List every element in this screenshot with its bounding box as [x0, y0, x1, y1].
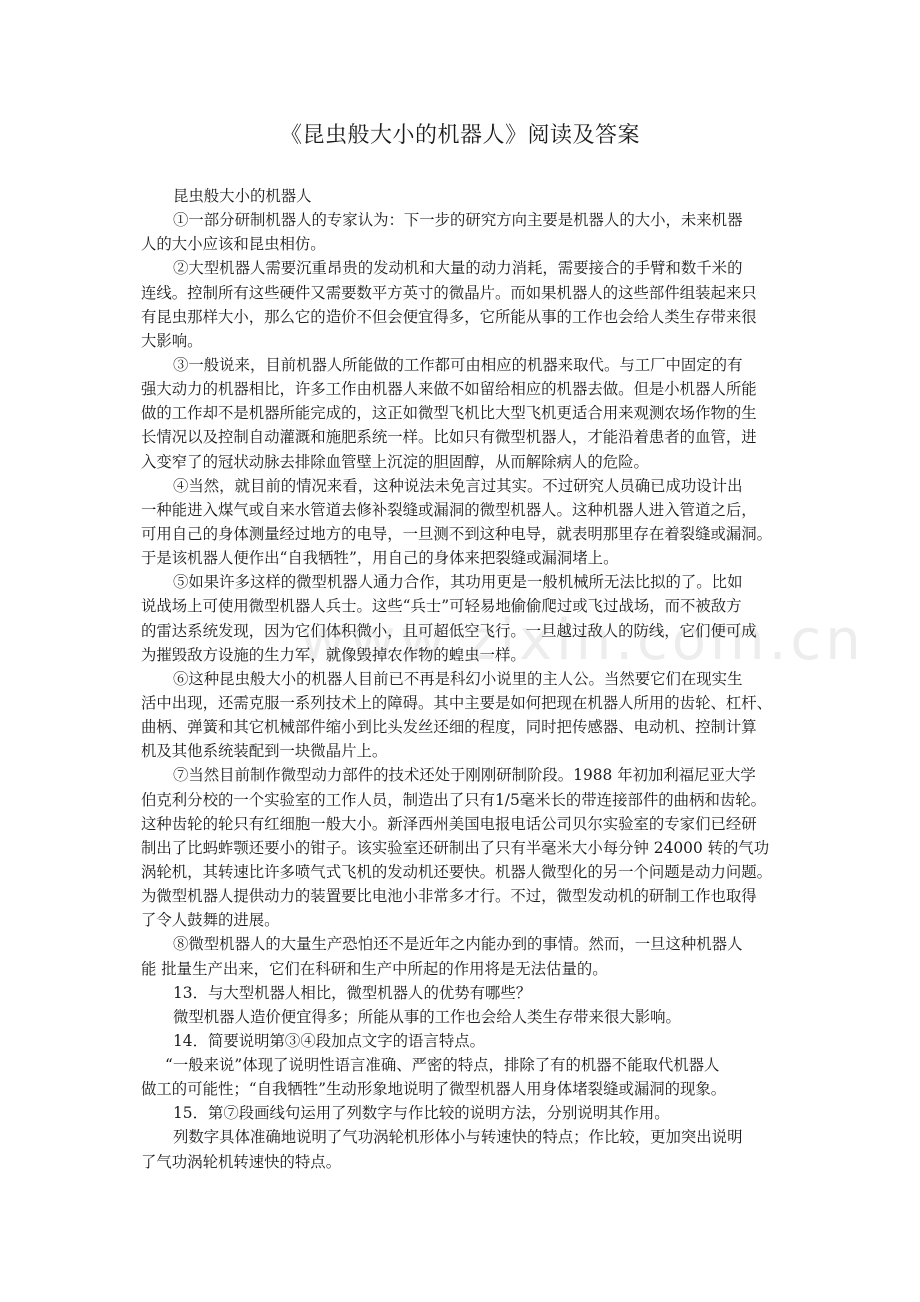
paragraph-line: 可用自己的身体测量经过地方的电导，一旦测不到这种电导，就表明那里存在着裂缝或漏洞…: [141, 522, 786, 546]
paragraph-line: 于是该机器人便作出“自我牺牲”，用自己的身体来把裂缝或漏洞堵上。: [141, 546, 786, 570]
paragraph-line: 这种齿轮的轮只有红细胞一般大小。新泽西州美国电报电话公司贝尔实验室的专家们已经研: [141, 812, 786, 836]
paragraph-line: 长情况以及控制自动灌溉和施肥系统一样。比如只有微型机器人，才能沿着患者的血管，进: [141, 425, 786, 449]
document-page: www.zixin.com.cn 《昆虫般大小的机器人》阅读及答案 昆虫般大小的…: [0, 0, 920, 1302]
answer-text: 微型机器人造价便宜得多；所能从事的工作也会给人类生存带来很大影响。: [141, 1005, 786, 1029]
paragraph-2: ②大型机器人需要沉重昂贵的发动机和大量的动力消耗，需要接合的手臂和数千米的 连线…: [141, 256, 786, 353]
question-text: 15．第⑦段画线句运用了列数字与作比较的说明方法，分别说明其作用。: [141, 1101, 786, 1125]
answer-text: 了气功涡轮机转速快的特点。: [141, 1150, 786, 1174]
paragraph-line: ④当然，就目前的情况来看，这种说法未免言过其实。不过研究人员确已成功设计出: [141, 474, 786, 498]
paragraph-7: ⑦当然目前制作微型动力部件的技术还处于刚刚研制阶段。1988 年初加利福尼亚大学…: [141, 763, 786, 932]
paragraph-line: 为微型机器人提供动力的装置要比电池小非常多才行。不过，微型发动机的研制工作也取得: [141, 884, 786, 908]
question-text: 13．与大型机器人相比，微型机器人的优势有哪些？: [141, 981, 786, 1005]
paragraph-line: ⑧微型机器人的大量生产恐怕还不是近年之内能办到的事情。然而，一旦这种机器人: [141, 932, 786, 956]
paragraph-line: 伯克利分校的一个实验室的工作人员，制造出了只有1/5毫米长的带连接部件的曲柄和齿…: [141, 788, 786, 812]
paragraph-line: ⑦当然目前制作微型动力部件的技术还处于刚刚研制阶段。1988 年初加利福尼亚大学: [141, 763, 786, 787]
paragraph-line: 涡轮机，其转速比许多喷气式飞机的发动机还要快。机器人微型化的另一个问题是动力问题…: [141, 860, 786, 884]
article-subtitle: 昆虫般大小的机器人: [141, 184, 786, 208]
answer-text: “一般来说”体现了说明性语言准确、严密的特点，排除了有的机器不能取代机器人: [141, 1053, 786, 1077]
answer-text: 列数字具体准确地说明了气功涡轮机形体小与转速快的特点；作比较，更加突出说明: [141, 1125, 786, 1149]
paragraph-line: 入变窄了的冠状动脉去排除血管壁上沉淀的胆固醇，从而解除病人的危险。: [141, 450, 786, 474]
paragraph-line: 能 批量生产出来，它们在科研和生产中所起的作用将是无法估量的。: [141, 957, 786, 981]
question-text: 14．简要说明第③④段加点文字的语言特点。: [141, 1029, 786, 1053]
paragraph-line: 做的工作却不是机器所能完成的，这正如微型飞机比大型飞机更适合用来观测农场作物的生: [141, 401, 786, 425]
paragraph-line: 曲柄、弹簧和其它机械部件缩小到比头发丝还细的程度，同时把传感器、电动机、控制计算: [141, 715, 786, 739]
paragraph-line: 有昆虫那样大小，那么它的造价不但会便宜得多，它所能从事的工作也会给人类生存带来很: [141, 305, 786, 329]
paragraph-line: 强大动力的机器相比，许多工作由机器人来做不如留给相应的机器去做。但是小机器人所能: [141, 377, 786, 401]
paragraph-5: ⑤如果许多这样的微型机器人通力合作，其功用更是一般机械所无法比拟的了。比如 说战…: [141, 570, 786, 667]
question-14: 14．简要说明第③④段加点文字的语言特点。 “一般来说”体现了说明性语言准确、严…: [141, 1029, 786, 1101]
paragraph-line: 连线。控制所有这些硬件又需要数平方英寸的微晶片。而如果机器人的这些部件组装起来只: [141, 281, 786, 305]
paragraph-line: 说战场上可使用微型机器人兵士。这些“兵士”可轻易地偷偷爬过或飞过战场，而不被敌方: [141, 594, 786, 618]
paragraph-4: ④当然，就目前的情况来看，这种说法未免言过其实。不过研究人员确已成功设计出 一种…: [141, 474, 786, 571]
paragraph-8: ⑧微型机器人的大量生产恐怕还不是近年之内能办到的事情。然而，一旦这种机器人 能 …: [141, 932, 786, 980]
question-13: 13．与大型机器人相比，微型机器人的优势有哪些？ 微型机器人造价便宜得多；所能从…: [141, 981, 786, 1029]
paragraph-1: ①一部分研制机器人的专家认为：下一步的研究方向主要是机器人的大小，未来机器 人的…: [141, 208, 786, 256]
document-body: 昆虫般大小的机器人 ①一部分研制机器人的专家认为：下一步的研究方向主要是机器人的…: [141, 184, 786, 1174]
question-15: 15．第⑦段画线句运用了列数字与作比较的说明方法，分别说明其作用。 列数字具体准…: [141, 1101, 786, 1173]
paragraph-line: 活中出现，还需克服一系列技术上的障碍。其中主要是如何把现在机器人所用的齿轮、杠杆…: [141, 691, 786, 715]
paragraph-line: 机及其他系统装配到一块微晶片上。: [141, 739, 786, 763]
paragraph-6: ⑥这种昆虫般大小的机器人目前已不再是科幻小说里的主人公。当然要它们在现实生 活中…: [141, 667, 786, 764]
paragraph-line: 的雷达系统发现，因为它们体积微小，且可超低空飞行。一旦越过敌人的防线，它们便可成: [141, 619, 786, 643]
paragraph-3: ③一般说来，目前机器人所能做的工作都可由相应的机器来取代。与工厂中固定的有 强大…: [141, 353, 786, 474]
paragraph-line: ②大型机器人需要沉重昂贵的发动机和大量的动力消耗，需要接合的手臂和数千米的: [141, 256, 786, 280]
paragraph-line: 制出了比蚂蚱颚还要小的钳子。该实验室还研制出了只有半毫米大小每分钟 24000 …: [141, 836, 786, 860]
paragraph-line: ⑥这种昆虫般大小的机器人目前已不再是科幻小说里的主人公。当然要它们在现实生: [141, 667, 786, 691]
answer-text: 做工的可能性；“自我牺牲”生动形象地说明了微型机器人用身体堵裂缝或漏洞的现象。: [141, 1077, 786, 1101]
paragraph-line: 一种能进入煤气或自来水管道去修补裂缝或漏洞的微型机器人。这种机器人进入管道之后，: [141, 498, 786, 522]
paragraph-line: 大影响。: [141, 329, 786, 353]
paragraph-line: 为摧毁敌方设施的生力军，就像毁掉农作物的蝗虫一样。: [141, 643, 786, 667]
paragraph-line: 了令人鼓舞的进展。: [141, 908, 786, 932]
paragraph-line: ①一部分研制机器人的专家认为：下一步的研究方向主要是机器人的大小，未来机器: [141, 208, 786, 232]
paragraph-line: ③一般说来，目前机器人所能做的工作都可由相应的机器来取代。与工厂中固定的有: [141, 353, 786, 377]
paragraph-line: ⑤如果许多这样的微型机器人通力合作，其功用更是一般机械所无法比拟的了。比如: [141, 570, 786, 594]
document-title: 《昆虫般大小的机器人》阅读及答案: [0, 121, 920, 151]
paragraph-line: 人的大小应该和昆虫相仿。: [141, 232, 786, 256]
